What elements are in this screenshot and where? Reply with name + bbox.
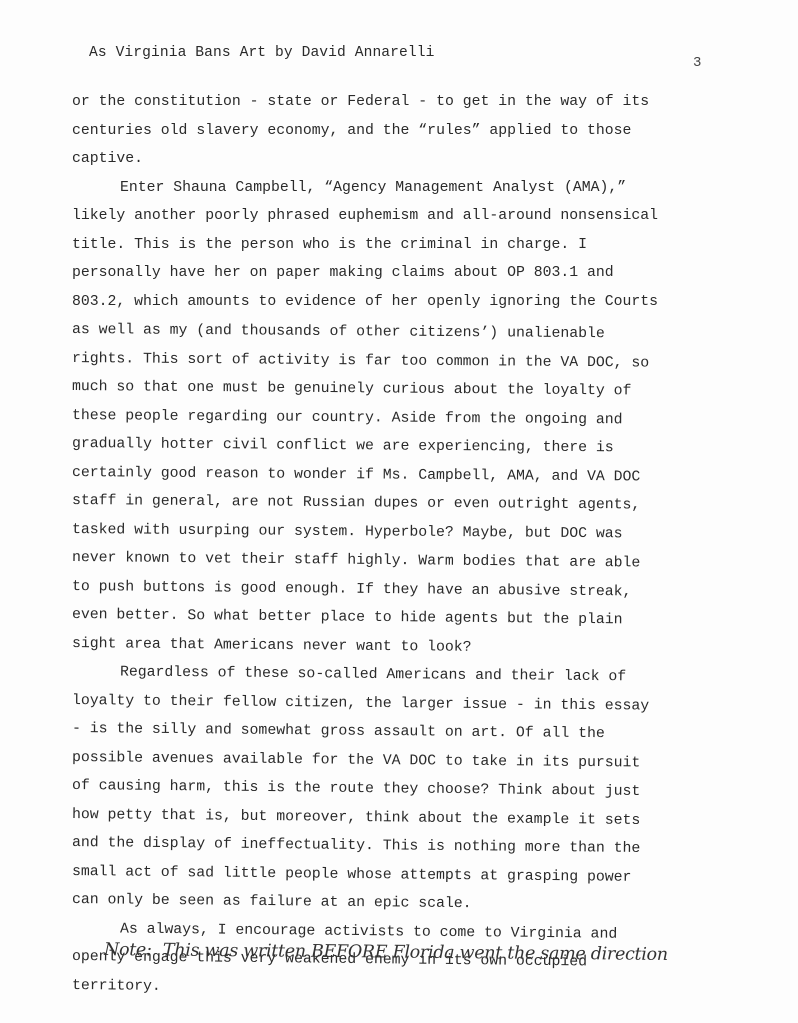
essay-body: or the constitution - state or Federal -…	[72, 88, 722, 1000]
essay-line: captive.	[72, 145, 722, 174]
essay-line: as well as my (and thousands of other ci…	[72, 316, 722, 350]
scanned-page: As Virginia Bans Art by David Annarelli …	[0, 0, 798, 1023]
essay-line: staff in general, are not Russian dupes …	[72, 487, 722, 521]
handwritten-note-label: Note:	[104, 940, 152, 960]
essay-line: much so that one must be genuinely curio…	[72, 373, 722, 407]
essay-line: centuries old slavery economy, and the “…	[72, 117, 722, 146]
header-title: As Virginia Bans Art by David Annarelli	[89, 45, 434, 61]
essay-line: or the constitution - state or Federal -…	[72, 88, 722, 117]
essay-line: Enter Shauna Campbell, “Agency Managemen…	[72, 174, 722, 203]
page-number: 3	[693, 55, 701, 71]
essay-line: likely another poorly phrased euphemism …	[72, 202, 722, 231]
essay-line: gradually hotter civil conflict we are e…	[72, 430, 722, 464]
essay-line: title. This is the person who is the cri…	[72, 231, 722, 260]
essay-line: 803.2, which amounts to evidence of her …	[72, 288, 722, 317]
essay-line: personally have her on paper making clai…	[72, 259, 722, 288]
